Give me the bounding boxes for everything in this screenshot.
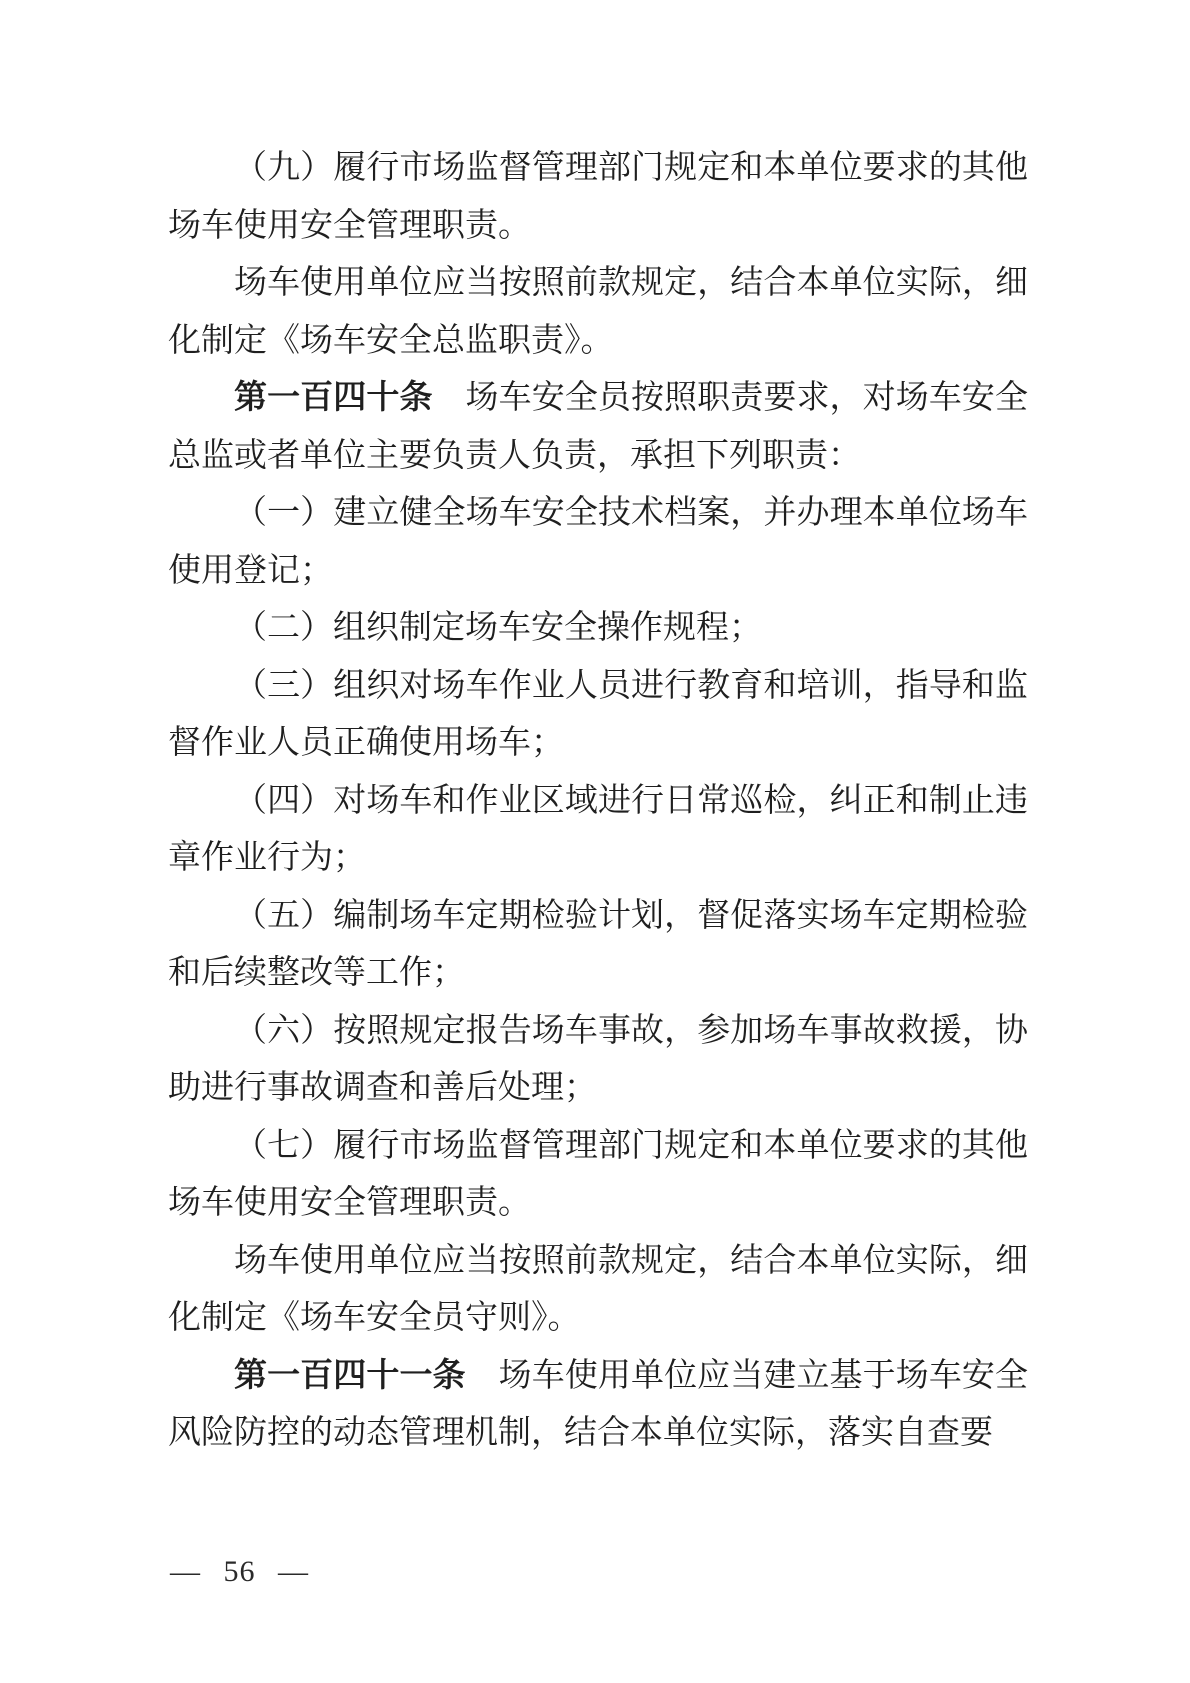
clause-nine-paragraph: （九）履行市场监督管理部门规定和本单位要求的其他场车使用安全管理职责。 [168,140,1028,255]
clause-six-paragraph: （六）按照规定报告场车事故，参加场车事故救援，协助进行事故调查和善后处理； [168,1003,1028,1118]
clause-two-paragraph: （二）组织制定场车安全操作规程； [168,600,1028,658]
clause-four-paragraph: （四）对场车和作业区域进行日常巡检，纠正和制止违章作业行为； [168,773,1028,888]
article-140-number: 第一百四十条 [234,380,433,416]
document-page: （九）履行市场监督管理部门规定和本单位要求的其他场车使用安全管理职责。 场车使用… [0,0,1190,1683]
safety-officer-code-paragraph: 场车使用单位应当按照前款规定，结合本单位实际，细化制定《场车安全员守则》。 [168,1233,1028,1348]
clause-three-paragraph: （三）组织对场车作业人员进行教育和培训，指导和监督作业人员正确使用场车； [168,658,1028,773]
article-140-paragraph: 第一百四十条场车安全员按照职责要求，对场车安全总监或者单位主要负责人负责，承担下… [168,370,1028,485]
clause-one-paragraph: （一）建立健全场车安全技术档案，并办理本单位场车使用登记； [168,485,1028,600]
clause-seven-paragraph: （七）履行市场监督管理部门规定和本单位要求的其他场车使用安全管理职责。 [168,1118,1028,1233]
page-number: — 56 — [170,1555,309,1588]
document-body: （九）履行市场监督管理部门规定和本单位要求的其他场车使用安全管理职责。 场车使用… [168,140,1028,1463]
safety-director-rules-paragraph: 场车使用单位应当按照前款规定，结合本单位实际，细化制定《场车安全总监职责》。 [168,255,1028,370]
article-141-number: 第一百四十一条 [234,1358,466,1394]
clause-five-paragraph: （五）编制场车定期检验计划，督促落实场车定期检验和后续整改等工作； [168,888,1028,1003]
page-footer: — 56 — [170,1552,470,1592]
article-141-paragraph: 第一百四十一条场车使用单位应当建立基于场车安全风险防控的动态管理机制，结合本单位… [168,1348,1028,1463]
